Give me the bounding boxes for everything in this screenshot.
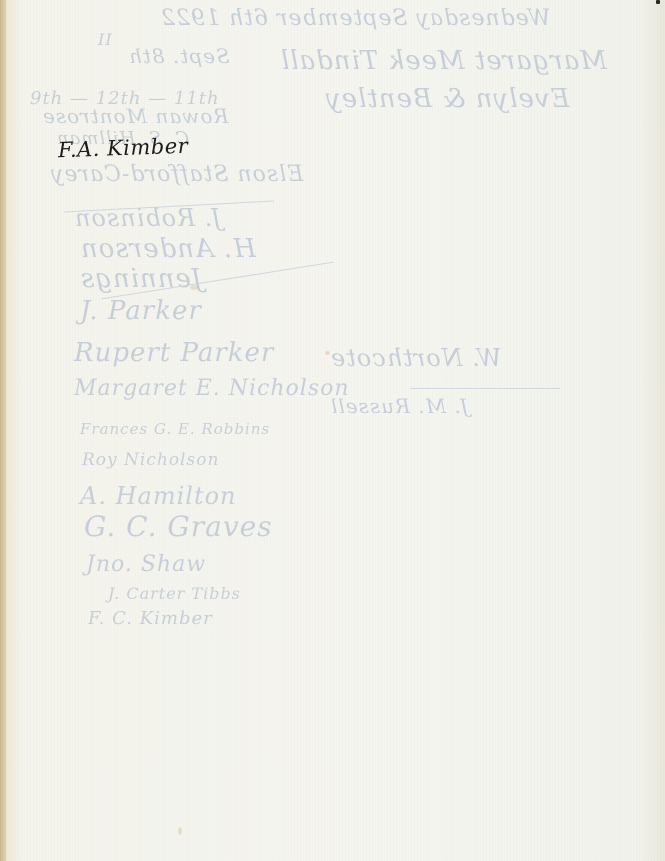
bleed-right-line-1: Margaret Meek Tindall	[280, 46, 607, 76]
bleed-entry: Elson Stafford-Carey	[50, 162, 303, 187]
bleed-middle-entry: J. M. Russell	[330, 394, 468, 418]
bleed-entry: G. C. Graves	[84, 510, 273, 543]
paper-stain	[190, 285, 198, 290]
bleed-entry: J. Parker	[80, 296, 202, 326]
bleed-header-mark: II	[98, 30, 113, 49]
book-gutter	[0, 0, 6, 861]
bleed-entry: Roy Nicholson	[82, 450, 219, 470]
bleed-entry: Frances G. E. Robbins	[80, 420, 270, 438]
bleed-sept-note: Sept. 8th	[128, 44, 230, 68]
bleed-middle-entry: W. Northcote	[330, 344, 502, 372]
bleed-entry: F. C. Kimber	[88, 608, 213, 629]
bleed-entry: Rowan Montrose	[42, 104, 229, 128]
bleed-entry: Margaret E. Nicholson	[74, 376, 350, 401]
bleed-right-line-2: Evelyn & Bentley	[325, 84, 570, 114]
bleed-entry: Jennings	[80, 264, 202, 294]
bleed-entry: J. Carter Tibbs	[108, 584, 241, 603]
paper-stain	[178, 827, 182, 835]
bleed-underline	[410, 388, 560, 389]
paper-stain	[325, 351, 330, 355]
bleed-entry: H. Anderson	[80, 234, 256, 264]
document-page: Wednesday September 6th 1922 II Sept. 8t…	[0, 0, 665, 861]
bleed-entry: Jno. Shaw	[86, 552, 206, 577]
bleed-header-date: Wednesday September 6th 1922	[160, 6, 551, 31]
bleed-entry: Rupert Parker	[74, 338, 274, 368]
bleed-entry: J. Robinson	[74, 204, 221, 232]
ink-speck	[656, 0, 660, 4]
signature: F.A. Kimber	[58, 134, 189, 163]
bleed-entry: A. Hamilton	[80, 482, 237, 510]
